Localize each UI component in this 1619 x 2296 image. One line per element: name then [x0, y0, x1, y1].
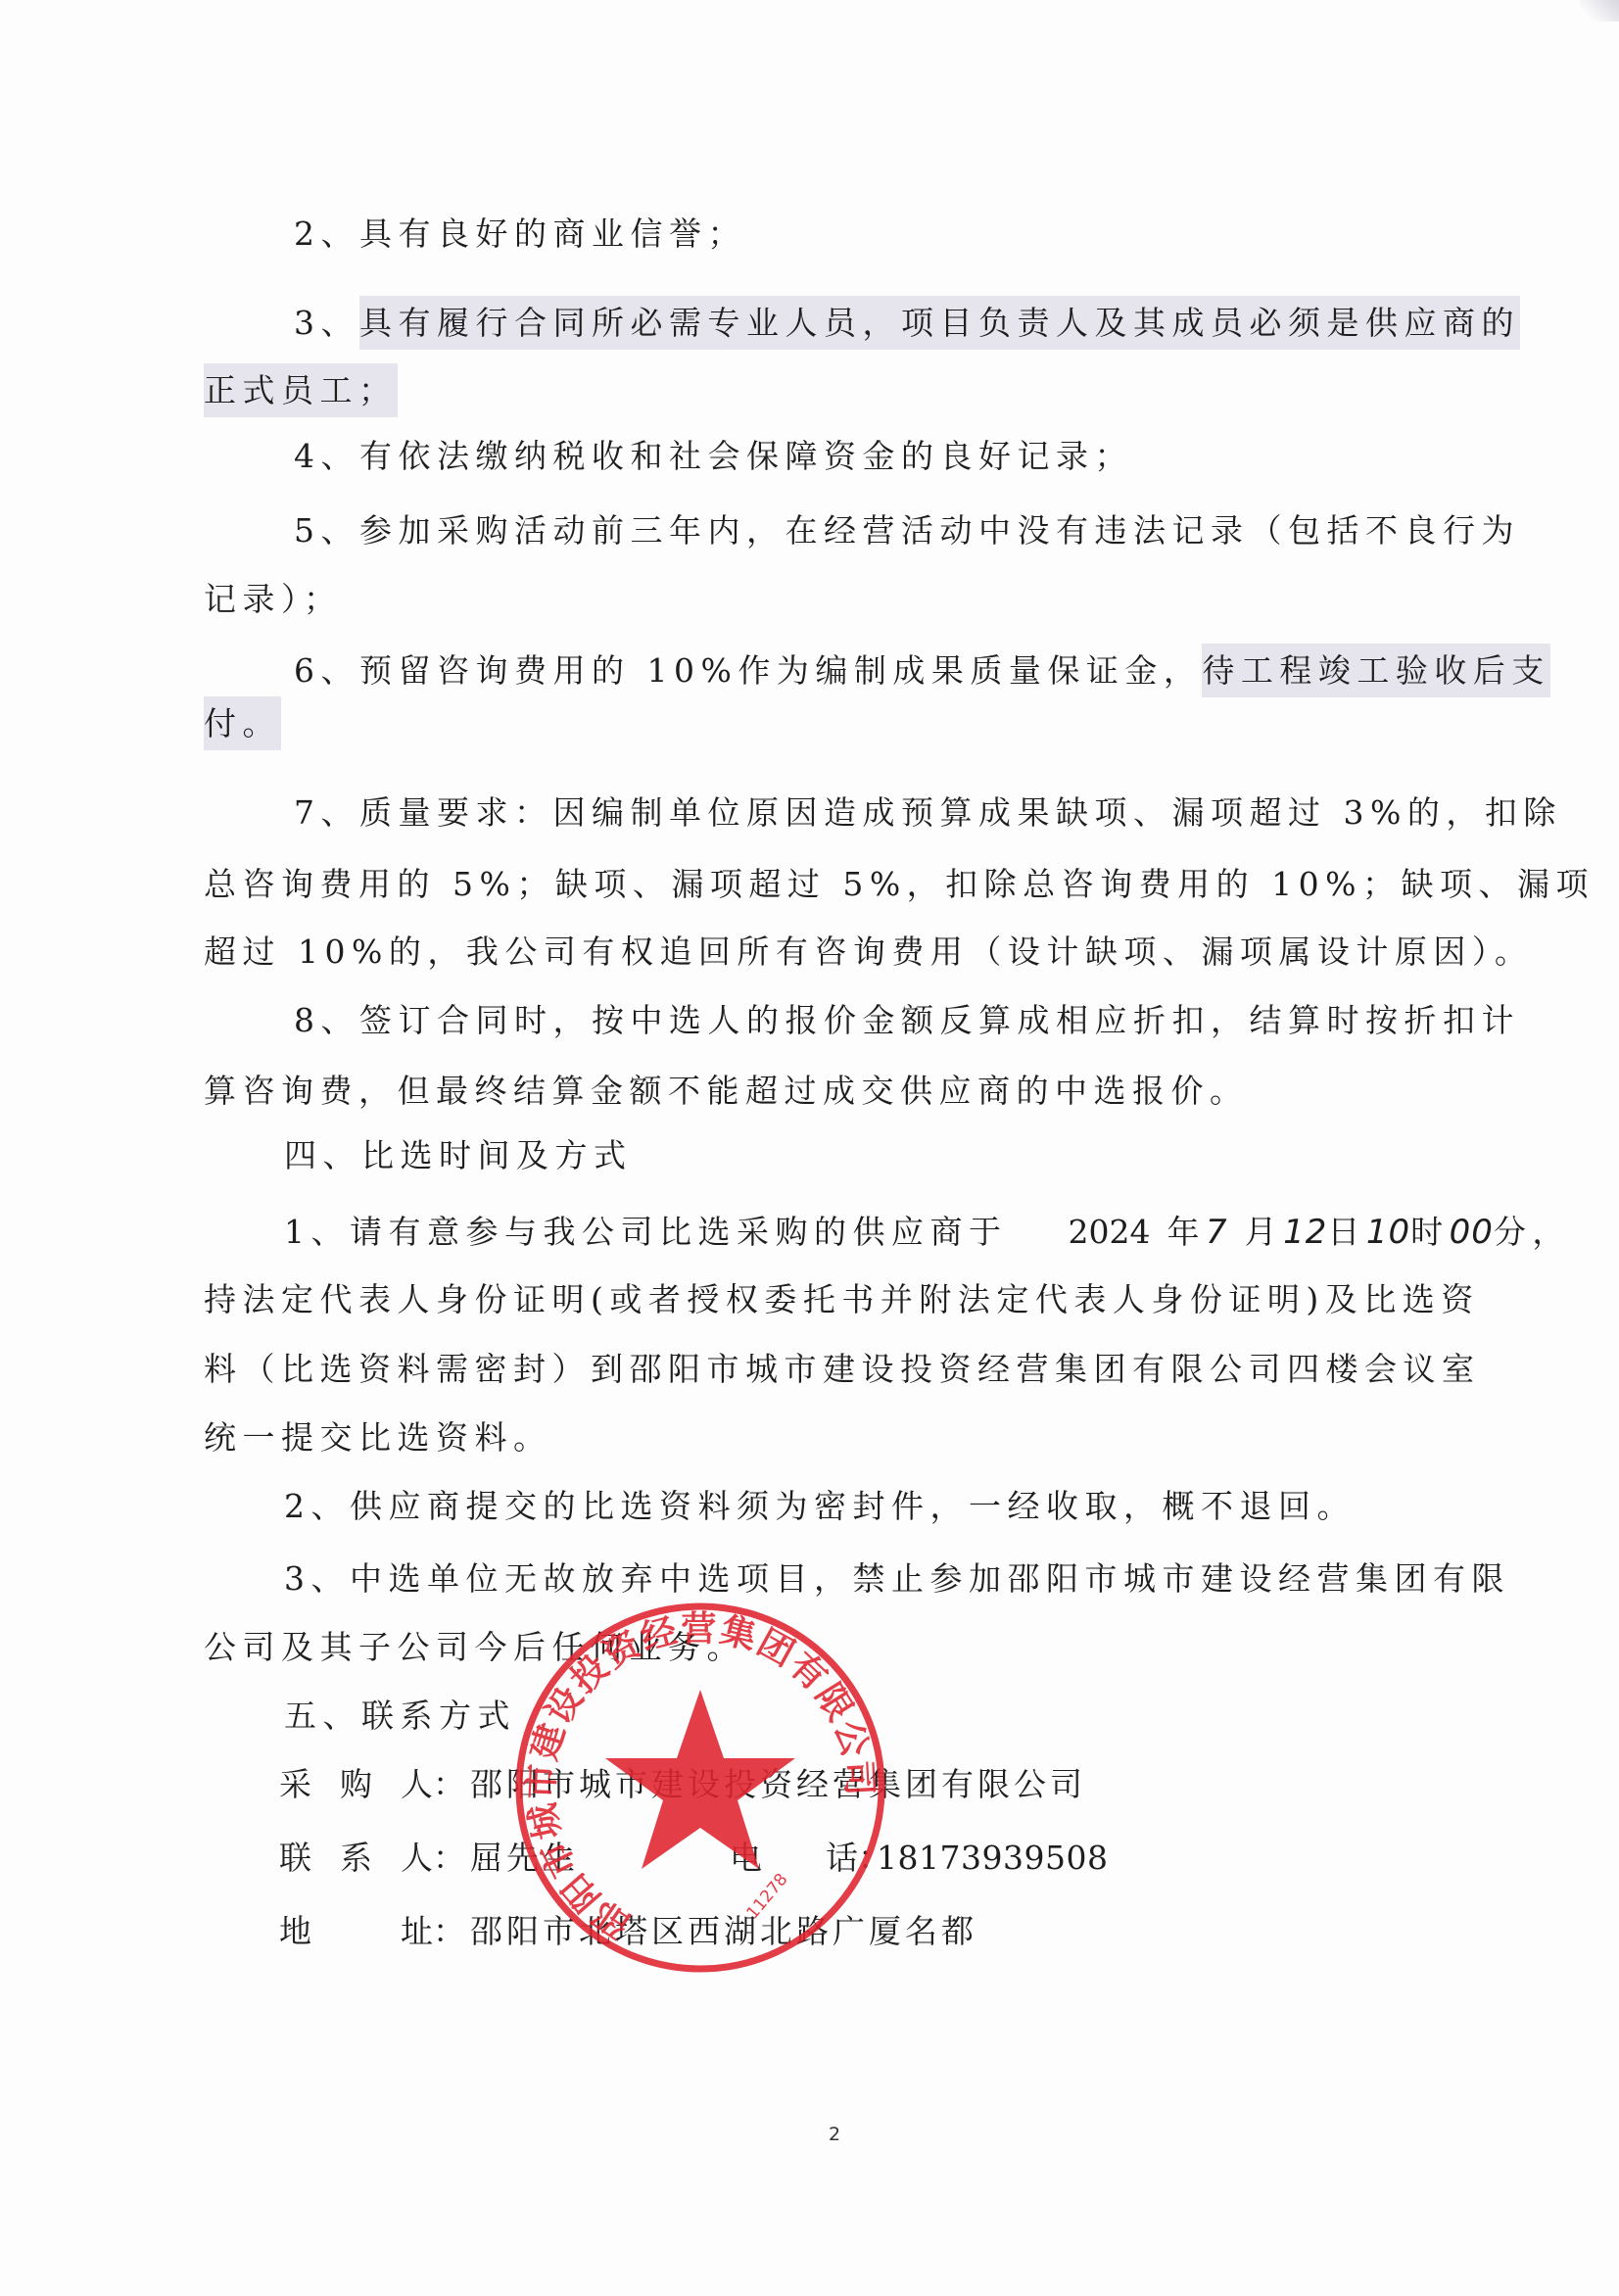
section-4-para-3-line-2: 公司及其子公司今后任何业务。 [204, 1626, 745, 1669]
handwritten-minute: 00 [1450, 1213, 1494, 1252]
contact-person-row: 联系人： 屈先生 电话： 18173939508 [279, 1837, 1108, 1880]
requirement-8-line-2: 算咨询费，但最终结算金额不能超过成交供应商的中选报价。 [204, 1070, 1249, 1113]
highlighted-text: 正式员工； [204, 363, 398, 417]
handwritten-month: 7 [1206, 1213, 1228, 1252]
highlighted-text: 待工程竣工验收后支 [1202, 644, 1550, 697]
purchaser-row: 采购人： 邵阳市城市建设投资经营集团有限公司 [279, 1763, 1086, 1806]
purchaser-value: 邵阳市城市建设投资经营集团有限公司 [470, 1763, 1086, 1806]
requirement-3-number: 3、 [294, 304, 359, 342]
requirement-2: 2、具有良好的商业信誉； [294, 213, 746, 256]
requirement-7-line-2: 总咨询费用的 5%；缺项、漏项超过 5%，扣除总咨询费用的 10%；缺项、漏项 [204, 863, 1595, 906]
requirement-7-line-3: 超过 10%的，我公司有权追回所有咨询费用（设计缺项、漏项属设计原因）。 [204, 931, 1533, 974]
section-4-para-1-line-3: 料（比选资料需密封）到邵阳市城市建设投资经营集团有限公司四楼会议室 [204, 1348, 1481, 1391]
label-char: 人： [401, 1763, 465, 1806]
section-5-heading: 五、联系方式 [284, 1695, 516, 1738]
document-page: 2、具有良好的商业信誉； 3、具有履行合同所必需专业人员，项目负责人及其成员必须… [0, 0, 1619, 2296]
contact-person-value: 屈先生 [470, 1837, 730, 1880]
address-value: 邵阳市北塔区西湖北路广厦名都 [470, 1910, 977, 1953]
date-hour-unit: 时 [1410, 1213, 1450, 1251]
label-char: 人： [401, 1837, 465, 1880]
section-4-para-1-line-2: 持法定代表人身份证明(或者授权委托书并附法定代表人身份证明)及比选资 [204, 1278, 1480, 1321]
label-char: 址： [401, 1910, 465, 1953]
requirement-6-line-2: 付。 [204, 702, 281, 745]
requirement-5-line-1: 5、参加采购活动前三年内，在经营活动中没有违法记录（包括不良行为 [294, 509, 1520, 552]
highlighted-text: 付。 [204, 696, 281, 750]
handwritten-day: 12 [1283, 1213, 1327, 1252]
section-4-para-2: 2、供应商提交的比选资料须为密封件，一经收取，概不退回。 [284, 1485, 1356, 1528]
handwritten-hour: 10 [1366, 1213, 1410, 1252]
section-4-para-1-line-4: 统一提交比选资料。 [204, 1416, 552, 1459]
requirement-3-line-2: 正式员工； [204, 369, 398, 412]
date-day-unit: 日 [1327, 1213, 1366, 1251]
label-char: 采 [279, 1763, 340, 1806]
requirement-7-line-1: 7、质量要求：因编制单位原因造成预算成果缺项、漏项超过 3%的，扣除 [294, 791, 1562, 835]
page-number: 2 [829, 2124, 840, 2145]
label-char: 购 [340, 1763, 401, 1806]
section-4-heading: 四、比选时间及方式 [284, 1134, 633, 1177]
phone-value: 18173939508 [877, 1837, 1108, 1880]
date-year: 2024 [1069, 1213, 1151, 1251]
requirement-8-line-1: 8、签订合同时，按中选人的报价金额反算成相应折扣，结算时按折扣计 [294, 999, 1520, 1042]
requirement-6-text: 6、预留咨询费用的 10%作为编制成果质量保证金， [294, 651, 1202, 690]
requirement-4: 4、有依法缴纳税收和社会保障资金的良好记录； [294, 435, 1133, 478]
para-text: 1、请有意参与我公司比选采购的供应商于 [284, 1213, 1008, 1251]
purchaser-label: 采购人： [279, 1763, 470, 1806]
label-char: 电 [730, 1837, 826, 1880]
date-minute-unit: 分， [1494, 1213, 1571, 1251]
section-4-para-3-line-1: 3、中选单位无故放弃中选项目，禁止参加邵阳市城市建设经营集团有限 [284, 1557, 1510, 1601]
phone-label: 电话： [730, 1837, 877, 1880]
label-char: 系 [340, 1837, 401, 1880]
address-row: 地址： 邵阳市北塔区西湖北路广厦名都 [279, 1910, 977, 1953]
contact-person-label: 联系人： [279, 1837, 470, 1880]
requirement-6-line-1: 6、预留咨询费用的 10%作为编制成果质量保证金，待工程竣工验收后支 [294, 649, 1550, 693]
address-label: 地址： [279, 1910, 470, 1953]
scan-corner-shadow [1580, 0, 1619, 22]
requirement-3-line-1: 3、具有履行合同所必需专业人员，项目负责人及其成员必须是供应商的 [294, 302, 1520, 345]
date-year-unit: 年 [1167, 1213, 1206, 1251]
label-char: 地 [279, 1910, 401, 1953]
requirement-5-line-2: 记录）； [204, 578, 343, 621]
section-4-para-1-line-1: 1、请有意参与我公司比选采购的供应商于 2024 年7 月12日10时00分， [284, 1211, 1571, 1254]
date-month-unit: 月 [1245, 1213, 1284, 1251]
label-char: 联 [279, 1837, 340, 1880]
highlighted-text: 具有履行合同所必需专业人员，项目负责人及其成员必须是供应商的 [359, 296, 1520, 350]
